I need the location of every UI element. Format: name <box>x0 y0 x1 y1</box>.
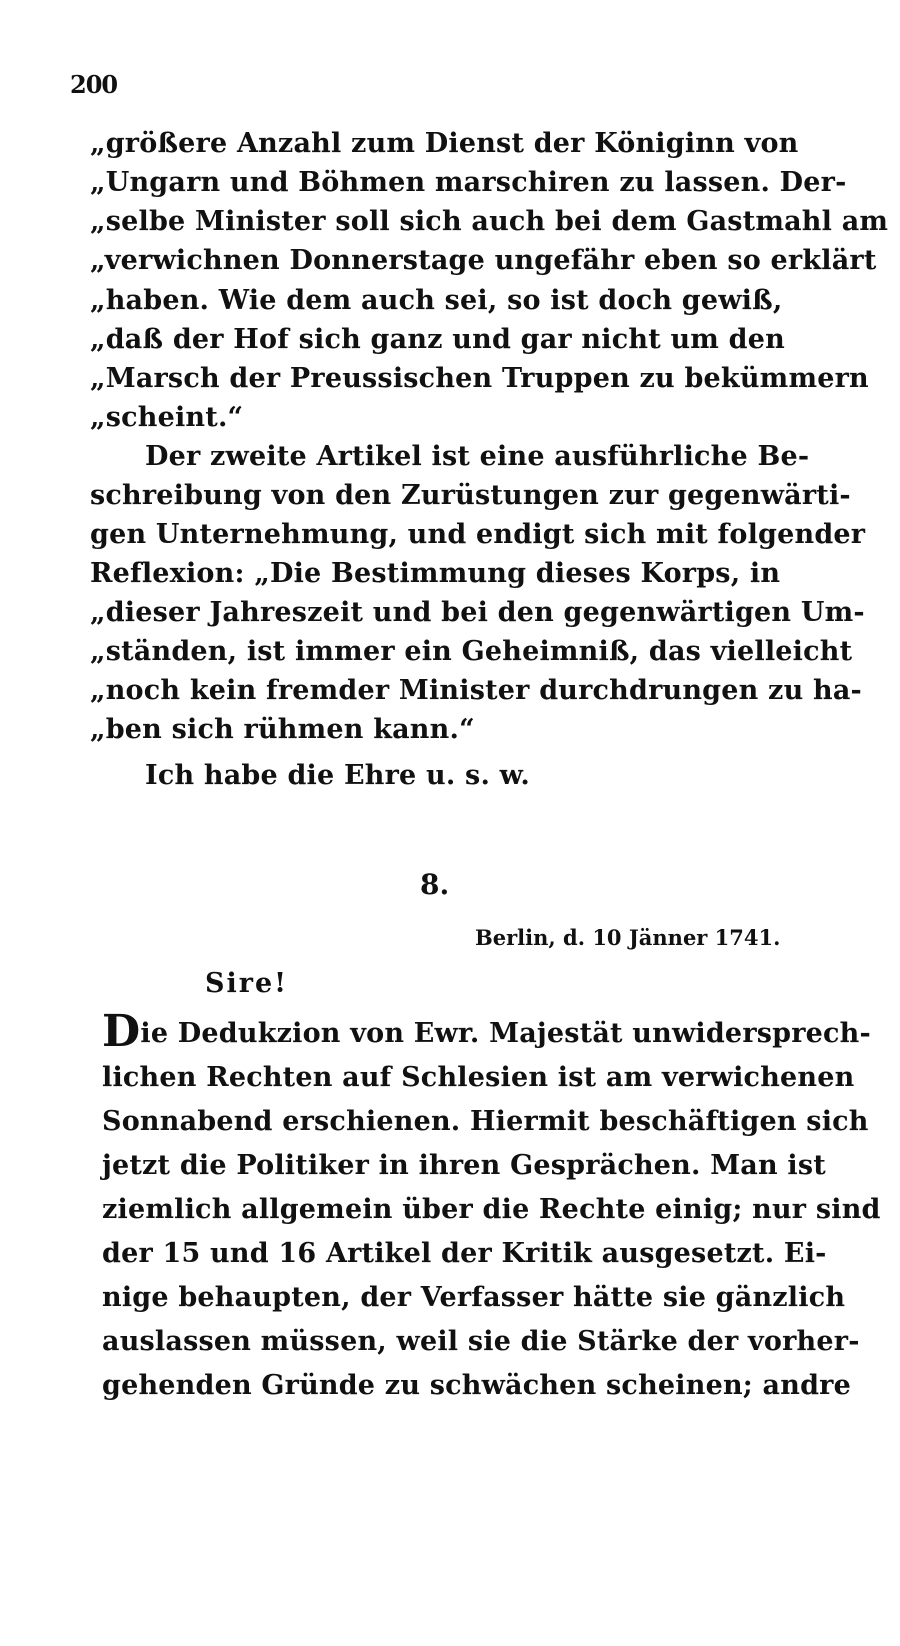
page-number: 200 <box>70 70 117 99</box>
text-line: Sonnabend erschienen. Hiermit beschäftig… <box>102 1106 869 1137</box>
closing-line: Ich habe die Ehre u. s. w. <box>145 760 530 791</box>
text-line: gehenden Gründe zu schwächen scheinen; a… <box>102 1370 851 1401</box>
text-line: lichen Rechten auf Schlesien ist am verw… <box>102 1062 854 1093</box>
text-line: nige behaupten, der Verfasser hätte sie … <box>102 1282 845 1313</box>
text-line: „Ungarn und Böhmen marschiren zu lassen.… <box>90 167 847 198</box>
text-line: Reflexion: „Die Bestimmung dieses Korps,… <box>90 558 780 589</box>
text-line: „haben. Wie dem auch sei, so ist doch ge… <box>90 285 782 316</box>
letter-dateline: Berlin, d. 10 Jänner 1741. <box>475 925 780 950</box>
drop-cap: D <box>102 1006 140 1057</box>
text-line: „selbe Minister soll sich auch bei dem G… <box>90 206 888 237</box>
text-line: der 15 und 16 Artikel der Kritik ausgese… <box>102 1238 827 1269</box>
text-line: „noch kein fremder Minister durchdrungen… <box>90 675 862 706</box>
text-line: auslassen müssen, weil sie die Stärke de… <box>102 1326 860 1357</box>
first-line: Die Dedukzion von Ewr. Majestät unwiders… <box>102 1010 871 1054</box>
text-line: „ben sich rühmen kann.“ <box>90 714 475 745</box>
text-line: jetzt die Politiker in ihren Gesprächen.… <box>102 1150 826 1181</box>
text-line: „größere Anzahl zum Dienst der Königinn … <box>90 128 799 159</box>
text-line: „daß der Hof sich ganz und gar nicht um … <box>90 324 785 355</box>
text-line: schreibung von den Zurüstungen zur gegen… <box>90 480 851 511</box>
text-line: „ständen, ist immer ein Geheimniß, das v… <box>90 636 852 667</box>
letter-salutation: Sire! <box>205 968 288 999</box>
paragraph-start-line: Der zweite Artikel ist eine ausführliche… <box>145 441 809 472</box>
first-line-text: ie Dedukzion von Ewr. Majestät unwidersp… <box>140 1018 871 1049</box>
letter-number: 8. <box>420 868 449 901</box>
text-line: ziemlich allgemein über die Rechte einig… <box>102 1194 881 1225</box>
text-line: „Marsch der Preussischen Truppen zu bekü… <box>90 363 869 394</box>
text-line: „scheint.“ <box>90 402 243 433</box>
text-line: „verwichnen Donnerstage ungefähr eben so… <box>90 245 877 276</box>
text-line: „dieser Jahreszeit und bei den gegenwärt… <box>90 597 865 628</box>
text-line: gen Unternehmung, und endigt sich mit fo… <box>90 519 865 550</box>
